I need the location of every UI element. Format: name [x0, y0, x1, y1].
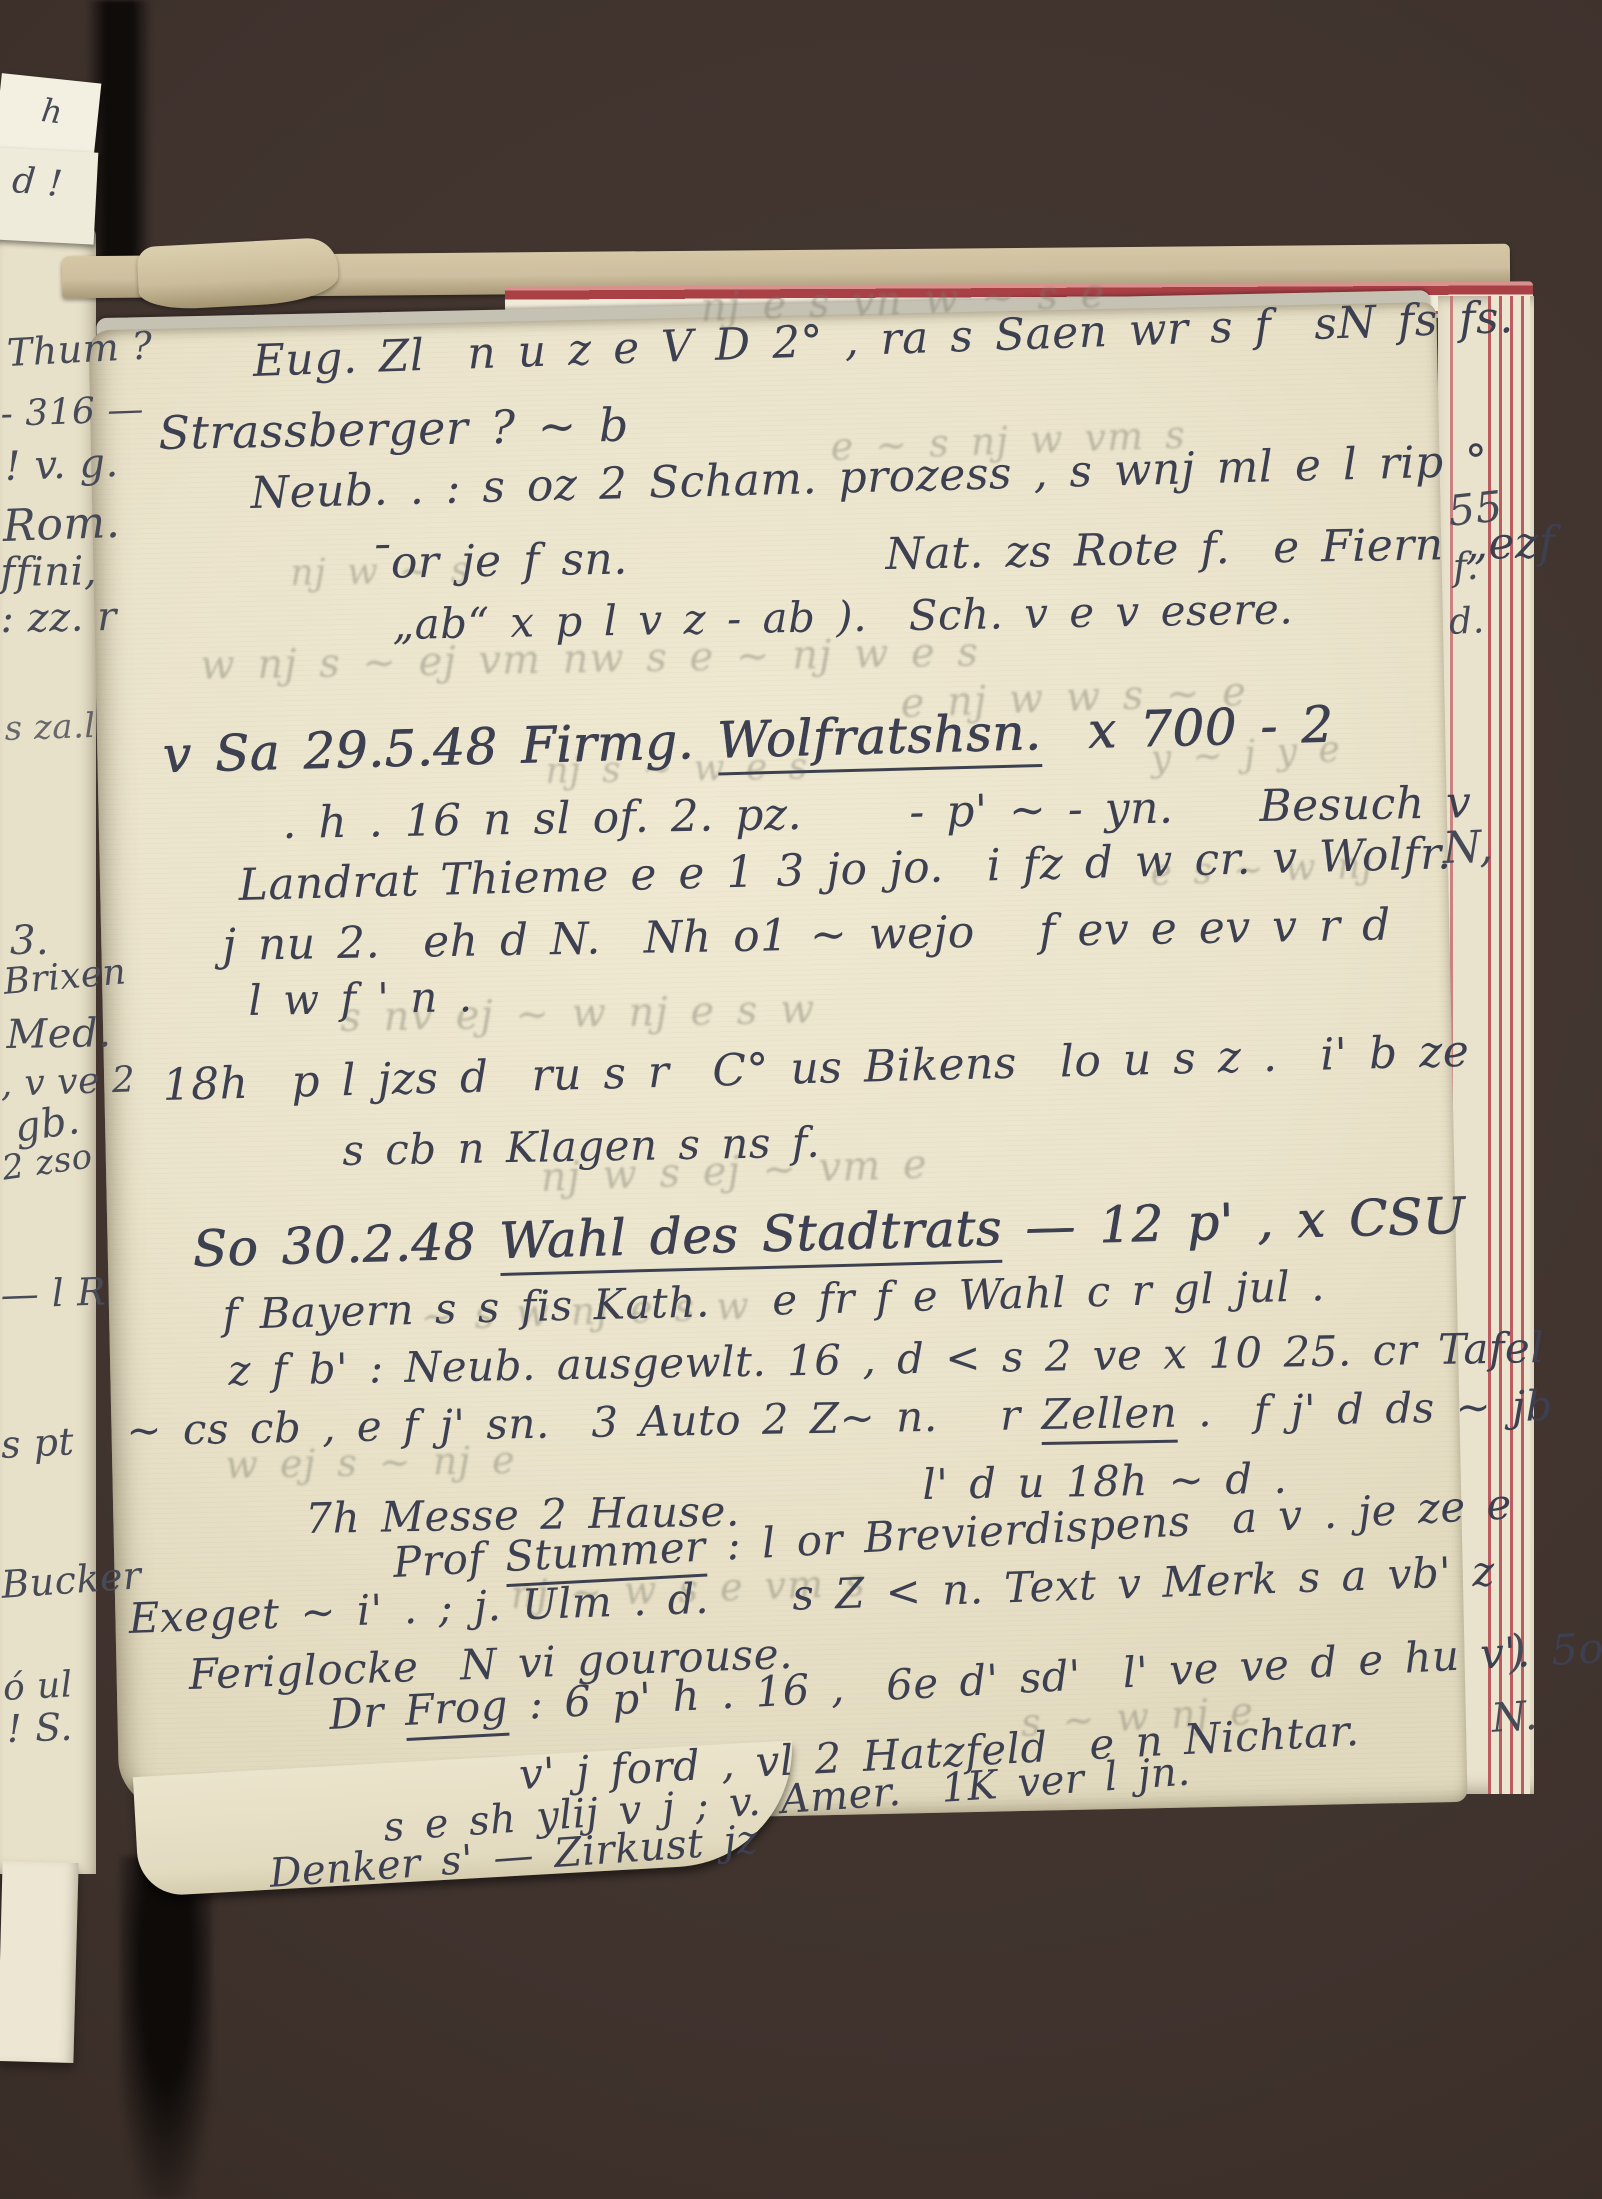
slip-handwriting-fragment: d ! — [11, 162, 65, 204]
left-fragment-line: — l R — [0, 1272, 107, 1316]
left-fragment-line: - 316 — — [0, 391, 144, 434]
underlined-word: Wahl des Stadtrats — [498, 1199, 1002, 1276]
left-fragment-line: ! S. — [6, 1708, 73, 1750]
underlined-word: Zellen — [1041, 1388, 1178, 1445]
left-fragment-line: s pt — [0, 1422, 75, 1466]
left-fragment-line: : zz. r — [0, 596, 117, 640]
right-fragment-line: N. — [1490, 1695, 1539, 1740]
underlined-word: Wolfratshsn. — [716, 703, 1042, 775]
right-fragment-line: f. — [1452, 547, 1480, 588]
underlined-word: Frog — [403, 1681, 509, 1741]
left-fragment-line: 3. — [10, 920, 49, 962]
book-spine-shadow-bottom — [120, 1856, 212, 2199]
left-fragment-line: Bucker — [0, 1556, 143, 1606]
left-fragment-line: Thum ? — [6, 326, 154, 373]
photographed-diary-scene: h d ! nj e s vn w ~ s e e ~ s nj w vm s … — [0, 0, 1602, 2199]
right-fragment-line: N, — [1442, 824, 1494, 872]
left-fragment-line: Rom. — [2, 500, 121, 550]
left-fragment-line: ! v. g. — [4, 442, 119, 488]
left-fragment-line: ó ul — [2, 1666, 74, 1707]
left-page-edge-lower — [0, 1861, 79, 2063]
handwriting-line: l w f ' n . — [248, 974, 473, 1024]
handwriting-line: Strassberger ? ~ b — [158, 400, 629, 459]
left-fragment-line: Med. — [6, 1012, 112, 1056]
left-fragment-line: ffini, — [0, 550, 97, 594]
left-fragment-line: s za.l — [4, 709, 96, 748]
handwriting-line: s cb n Klagen s ns f. — [342, 1120, 821, 1175]
cloth-fold — [136, 237, 339, 311]
right-fragment-line: d. — [1448, 602, 1485, 642]
right-fragment-line: 55 — [1446, 484, 1505, 534]
